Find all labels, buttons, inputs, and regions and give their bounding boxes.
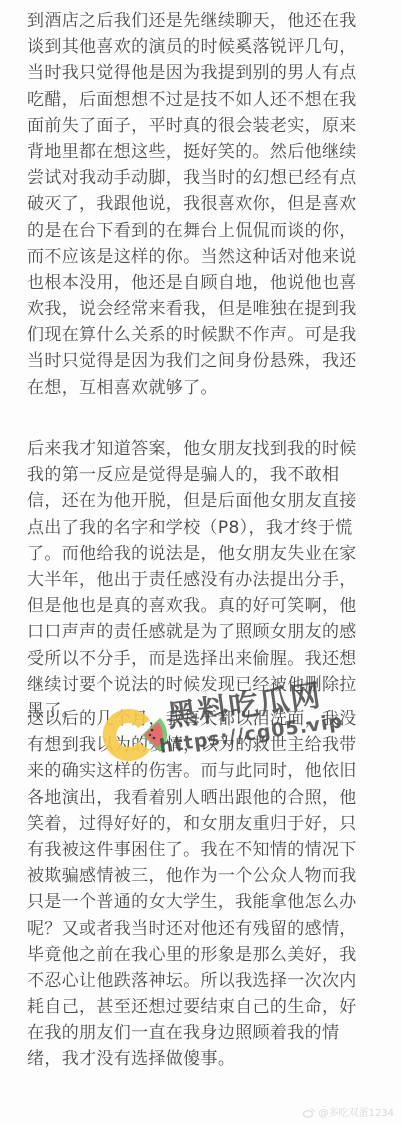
text-line: 被欺骗感情被三，他作为一个公众人物而我 (27, 863, 397, 889)
text-line: 毕竟他之前在我心里的形象是那么美好，我 (27, 942, 397, 968)
text-line: 面前失了面子，平时真的很会装老实，原来 (27, 113, 397, 139)
paragraph-2: 后来我才知道答案，他女朋友找到我的时候 我的第一反应是觉得是骗人的，我不敢相 信… (27, 436, 397, 724)
text-line: 绪，我才没有选择做傻事。 (27, 1046, 397, 1072)
text-line: 了。而他给我的说法是，他女朋友失业在家 (27, 541, 397, 567)
text-line: 尝试对我动手动脚，我当时的幻想已经有点 (27, 165, 397, 191)
text-line: 破灭了，我跟他说，我很喜欢你，但是喜欢 (27, 191, 397, 217)
text-line: 来的确实这样的伤害。而与此同时，他依旧 (27, 758, 397, 784)
text-line: 到酒店之后我们还是先继续聊天，他还在我 (27, 8, 397, 34)
credit-handle: @多吃双蛋1234 (319, 1108, 394, 1119)
text-line: 背地里都在想这些，挺好笑的。然后他继续 (27, 139, 397, 165)
text-line: 只是一个普通的女大学生，我能拿他怎么办 (27, 889, 397, 915)
text-line: 继续讨要个说法的时候发现已经被他删除拉 (27, 672, 397, 698)
text-line: 点出了我的名字和学校（P8），我才终于慌 (27, 515, 397, 541)
text-line: 也根本没用，他还是自顾自地，他说他也喜 (27, 270, 397, 296)
text-line: 但是他也是真的喜欢我。真的好可笑啊，他 (27, 593, 397, 619)
text-line: 大半年，他出于责任感没有办法提出分手， (27, 567, 397, 593)
text-line: 我的第一反应是觉得是骗人的，我不敢相 (27, 462, 397, 488)
text-line: 后来我才知道答案，他女朋友找到我的时候 (27, 436, 397, 462)
paragraph-1: 到酒店之后我们还是先继续聊天，他还在我 谈到其他喜欢的演员的时候奚落锐评几句， … (27, 8, 397, 401)
text-line: 而不应该是这样的你。当然这种话对他来说 (27, 244, 397, 270)
text-line: 耗自己，甚至还想过要结束自己的生命，好 (27, 994, 397, 1020)
text-line: 在我的朋友们一直在我身边照顾着我的情 (27, 1020, 397, 1046)
document-page: 到酒店之后我们还是先继续聊天，他还在我 谈到其他喜欢的演员的时候奚落锐评几句， … (0, 0, 402, 1125)
text-line: 受所以不分手，而是选择出来偷腥。我还想 (27, 646, 397, 672)
text-line: 在想，互相喜欢就够了。 (27, 375, 397, 401)
weibo-credit: @多吃双蛋1234 (303, 1104, 394, 1119)
text-line: 各地演出，我看着别人晒出跟他的合照，他 (27, 785, 397, 811)
text-line: 欢我，说会经常来看我，但是唯独在提到我 (27, 296, 397, 322)
text-line: 谈到其他喜欢的演员的时候奚落锐评几句， (27, 34, 397, 60)
text-line: 吃醋，后面想想不过是技不如人还不想在我 (27, 87, 397, 113)
text-line: 有想到我以为的爱情，以为的救世主给我带 (27, 732, 397, 758)
text-line: 笑着，过得好好的，和女朋友重归于好，只 (27, 811, 397, 837)
paragraph-3: 这以后的几个月，我每天都以泪洗面，我没 有想到我以为的爱情，以为的救世主给我带 … (27, 706, 397, 1073)
text-line: 当时只觉得是因为我们之间身份悬殊，我还 (27, 348, 397, 374)
text-line: 这以后的几个月，我每天都以泪洗面，我没 (27, 706, 397, 732)
weibo-icon (303, 1108, 315, 1118)
text-line: 不忍心让他跌落神坛。所以我选择一次次内 (27, 968, 397, 994)
text-line: 当时我只觉得他是因为我提到别的男人有点 (27, 60, 397, 86)
text-line: 信，还在为他开脱，但是后面他女朋友直接 (27, 488, 397, 514)
text-line: 有我被这件事困住了。我在不知情的情况下 (27, 837, 397, 863)
text-line: 口口声声的责任感就是为了照顾女朋友的感 (27, 619, 397, 645)
text-line: 的是在台下看到的在舞台上侃侃而谈的你， (27, 218, 397, 244)
text-line: 呢？又或者我当时还对他还有残留的感情， (27, 916, 397, 942)
text-line: 们现在算什么关系的时候默不作声。可是我 (27, 322, 397, 348)
